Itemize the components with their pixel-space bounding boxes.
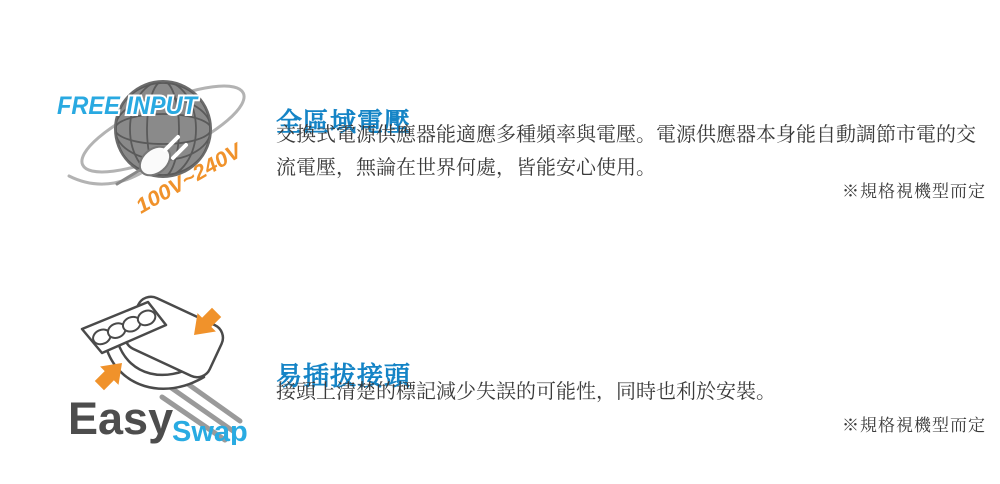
globe-plug-illustration: FREE INPUT 100V~240V [55,66,255,224]
section-body-connector: 接頭上清楚的標記減少失誤的可能性，同時也利於安裝。 [276,376,986,409]
body-line: 接頭上清楚的標記減少失誤的可能性，同時也利於安裝。 [276,381,776,403]
free-input-label: FREE INPUT [57,92,200,120]
section-body-voltage: 交換式電源供應器能適應多種頻率與電壓。電源供應器本身能自動調節市電的交 流電壓，… [276,119,986,185]
free-input-logo: FREE INPUT 100V~240V [55,66,255,224]
spec-disclaimer-note: ※規格視機型而定 [842,177,986,202]
spec-disclaimer-note: ※規格視機型而定 [842,411,986,436]
body-line: 交換式電源供應器能適應多種頻率與電壓。電源供應器本身能自動調節市電的交 [276,124,976,146]
connector-illustration: Easy Swap [60,293,250,445]
swap-label: Swap [172,416,248,445]
easy-label: Easy [68,393,173,444]
arrow-up-right-icon [95,363,122,390]
easy-swap-logo: Easy Swap [60,293,250,445]
body-line: 流電壓，無論在世界何處，皆能安心使用。 [276,157,656,179]
